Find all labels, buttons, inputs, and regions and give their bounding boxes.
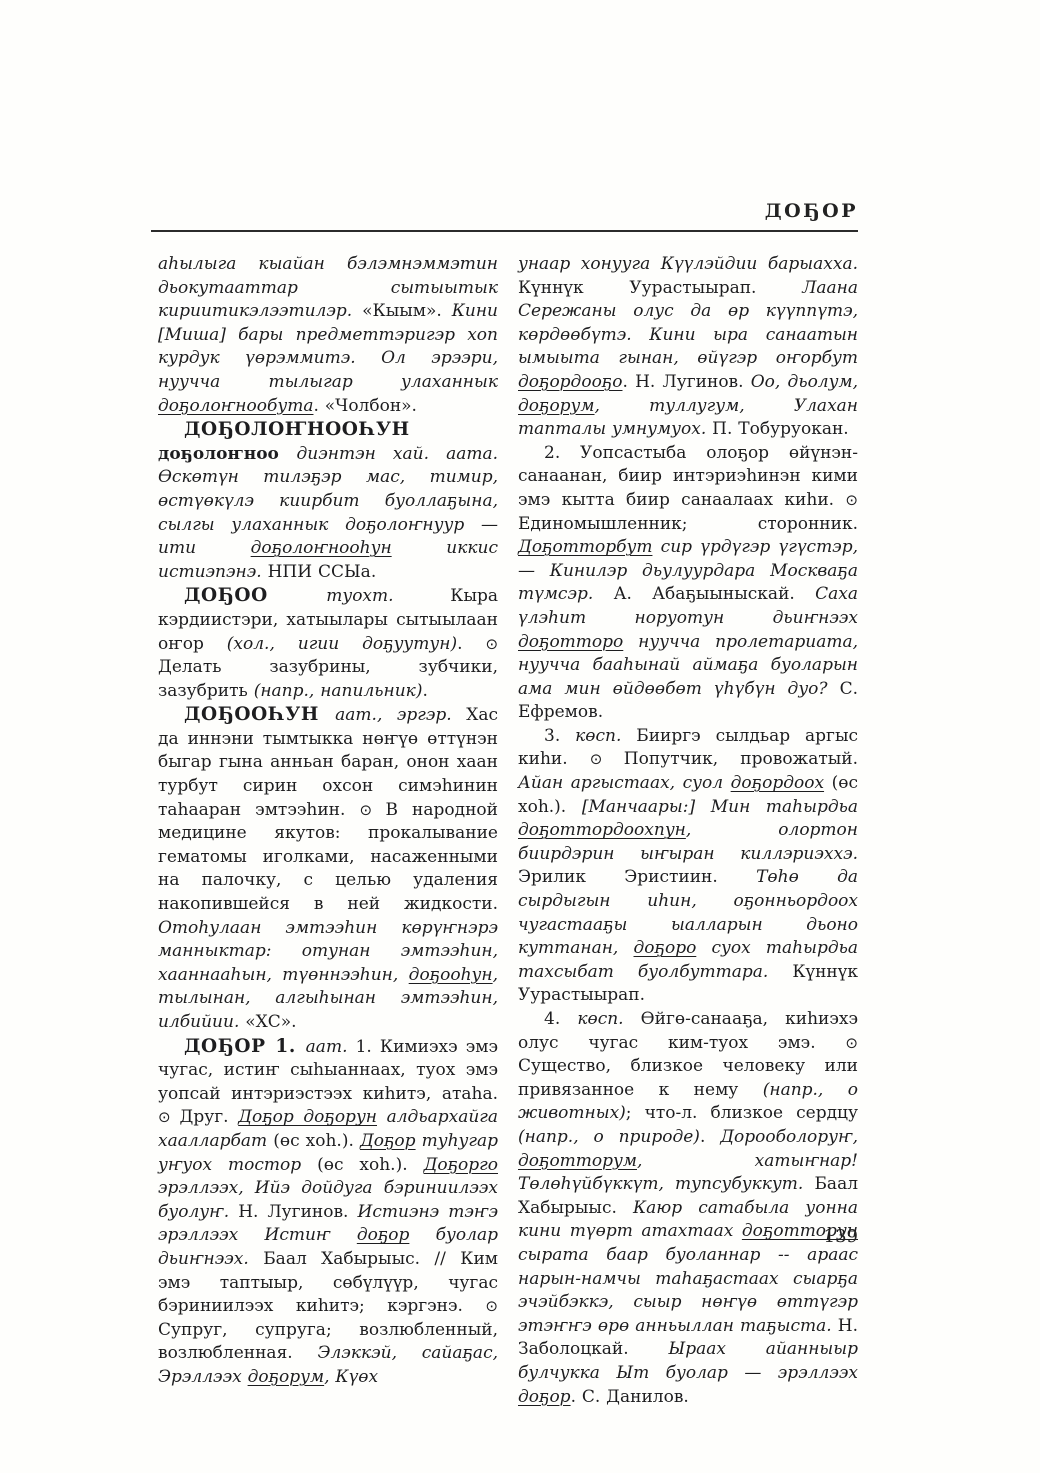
entry-dogor-sense1: ДОҔОР 1. аат. 1. Кимиэхэ эмэ чугас, исти… xyxy=(158,1035,498,1390)
header-rule xyxy=(151,230,858,232)
text-run: (напр., о природе) xyxy=(518,1127,700,1147)
underlined-term: доҕордооҕо xyxy=(518,372,622,392)
running-title: ДОҔОР xyxy=(158,200,858,222)
text-run: . xyxy=(457,634,485,654)
translation-marker-icon: ⊙ xyxy=(359,801,385,819)
text-run: сырата баар буоланнар -- араас нарын-нам… xyxy=(518,1245,858,1336)
para-dogor-sense2: 2. Уопсастыба олоҕор өйүнэн-санаанан, би… xyxy=(518,442,858,725)
text-run: Попутчик, провожатый. xyxy=(624,749,858,769)
underlined-term: Доҕорго xyxy=(424,1155,498,1175)
translation-marker-icon: ⊙ xyxy=(590,750,624,768)
text-run: . xyxy=(422,681,427,701)
underlined-term: доҕордоох xyxy=(731,773,824,793)
text-run: аат., эргэр. xyxy=(335,705,466,725)
text-run: көсп. xyxy=(575,726,636,746)
headword: ДОҔООҺУН xyxy=(184,704,335,725)
text-run: , Күөх xyxy=(324,1367,378,1387)
text-run: НПИ ССЫа. xyxy=(268,562,377,582)
text-run: «Кыым». xyxy=(362,301,452,321)
entry-dogoohun: ДОҔООҺУН аат., эргэр. Хас да иннэни тымт… xyxy=(158,703,498,1034)
text-run: (хол., игии доҕуутун) xyxy=(227,634,457,654)
translation-marker-icon: ⊙ xyxy=(845,491,858,509)
headword: ДОҔОО xyxy=(184,585,326,606)
text-run: ; что-л. близкое сердцу xyxy=(626,1103,858,1123)
text-run: Оо, дьолум, xyxy=(751,372,858,392)
translation-marker-icon: ⊙ xyxy=(485,1297,498,1315)
text-run: Дорооболоруҥ, xyxy=(720,1127,858,1147)
text-run: унаар хонууга Күүлэйдии барыахха. xyxy=(518,254,858,274)
text-run: (напр., напильник) xyxy=(254,681,423,701)
entry-dogolonnoohun: ДОҔОЛОҤНООҺУН доҕолоҥноо диэнтэн хай. аа… xyxy=(158,418,498,584)
underlined-term: Доҕотторбут xyxy=(518,537,652,557)
sub-headword: доҕолоҥноо xyxy=(158,444,297,464)
underlined-term: доҕоро xyxy=(634,938,697,958)
text-run: Күннүк Уурастыырап. xyxy=(518,278,802,298)
underlined-term: Доҕор xyxy=(360,1131,416,1151)
headword: ДОҔОР 1. xyxy=(184,1036,306,1057)
text-run: [Манчаары:] Мин таһырдьа xyxy=(582,797,858,817)
translation-marker-icon: ⊙ xyxy=(485,635,498,653)
text-run: . С. Данилов. xyxy=(571,1387,689,1407)
text-run: (өс хоһ.). xyxy=(317,1155,423,1175)
underlined-term: доҕолоҥнообута xyxy=(158,396,313,416)
underlined-term: доҕор xyxy=(518,1387,571,1407)
entry-dogoo: ДОҔОО туохт. Кыра кэрдиистэри, хатыылары… xyxy=(158,584,498,703)
underlined-term: Доҕор доҕорун xyxy=(238,1107,377,1127)
text-run: . «Чолбон». xyxy=(313,396,417,416)
dictionary-page: ДОҔОР аһылыга кыайан бэлэмнэммэтин дьоку… xyxy=(0,0,1040,1473)
para-dogor-sense3: 3. көсп. Бииргэ сылдьар аргыс киһи. ⊙ По… xyxy=(518,725,858,1008)
underlined-term: доҕотторум xyxy=(518,1151,637,1171)
para-continuation-dogolonnoo: аһылыга кыайан бэлэмнэммэтин дьокутаатта… xyxy=(158,253,498,418)
text-run: . Н. Лугинов. xyxy=(622,372,750,392)
text-run: Единомышленник; сторонник. xyxy=(518,514,858,534)
text-run: . xyxy=(700,1127,720,1147)
underlined-term: доҕотторо xyxy=(518,632,623,652)
headword: ДОҔОЛОҤНООҺУН xyxy=(184,419,410,440)
para-dogor-sense4: 4. көсп. Өйгө-санааҕа, киһиэхэ олус чуга… xyxy=(518,1008,858,1409)
para-dogor-sense1-continuation: унаар хонууга Күүлэйдии барыахха. Күннүк… xyxy=(518,253,858,442)
text-run: Айан аргыстаах, суол xyxy=(518,773,731,793)
text-run: А. Абаҕыыныскай. xyxy=(614,584,816,604)
text-run: Н. Лугинов. xyxy=(238,1202,357,1222)
text-run: «ХС». xyxy=(245,1012,296,1032)
text-run: туохт. xyxy=(326,586,450,606)
translation-marker-icon: ⊙ xyxy=(845,1034,858,1052)
translation-marker-icon: ⊙ xyxy=(158,1108,180,1126)
text-run: П. Тобуруокан. xyxy=(712,419,849,439)
text-run: Эрилик Эристиин. xyxy=(518,867,756,887)
text-run: аат. xyxy=(306,1037,356,1057)
underlined-term: доҕолоҥнооһун xyxy=(251,538,392,558)
text-run: 2. Уопсастыба олоҕор өйүнэн-санаанан, би… xyxy=(518,443,858,510)
underlined-term: доҕорум xyxy=(518,396,595,416)
text-run: 4. xyxy=(544,1009,577,1029)
text-run: көсп. xyxy=(577,1009,640,1029)
underlined-term: доҕоттордоохпун xyxy=(518,820,686,840)
underlined-term: доҕооһун xyxy=(409,965,493,985)
text-run: 3. xyxy=(544,726,575,746)
text-run: (өс хоһ.). xyxy=(273,1131,360,1151)
text-run: Друг. xyxy=(180,1107,239,1127)
page-number: 139 xyxy=(158,1226,858,1247)
underlined-term: доҕорум xyxy=(248,1367,325,1387)
